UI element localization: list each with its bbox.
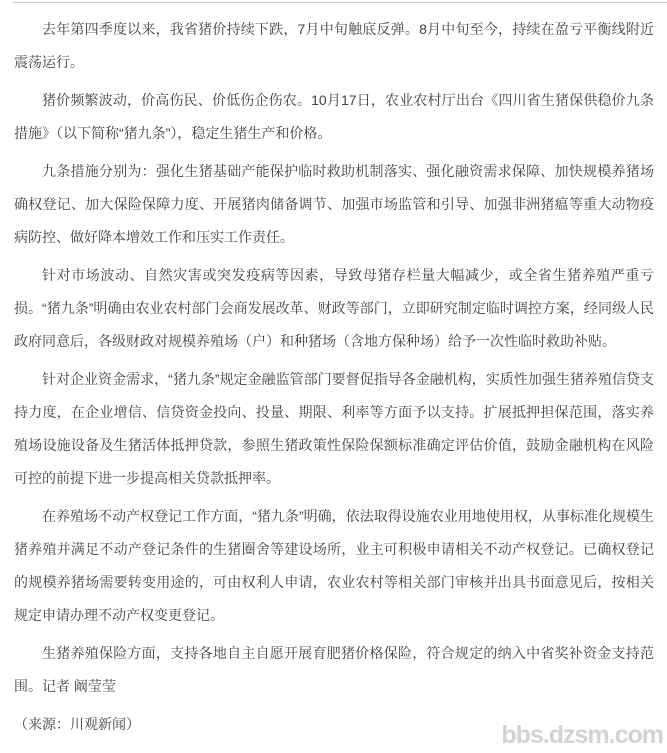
article-page: 去年第四季度以来，我省猪价持续下跌，7月中旬触底反弹。8月中旬至今，持续在盈亏平…: [0, 0, 667, 753]
paragraph-nine-measures: 九条措施分别为：强化生猪基础产能保护临时救助机制落实、强化融资需求保障、加快规模…: [14, 155, 654, 254]
paragraph-property-registration: 在养殖场不动产权登记工作方面，“猪九条”明确，依法取得设施农业用地使用权，从事标…: [14, 500, 654, 632]
article-body: 去年第四季度以来，我省猪价持续下跌，7月中旬触底反弹。8月中旬至今，持续在盈亏平…: [0, 3, 667, 741]
site-watermark: bbs.dzsm.com: [501, 721, 663, 750]
paragraph-emergency-subsidy: 针对市场波动、自然灾害或突发疫病等因素，导致母猪存栏量大幅减少，或全省生猪养殖严…: [14, 259, 654, 358]
paragraph-insurance-and-reporter: 生猪养殖保险方面，支持各地自主自愿开展育肥猪价格保险，符合规定的纳入中省奖补资金…: [14, 637, 654, 703]
paragraph-financing-support: 针对企业资金需求，“猪九条”规定金融监管部门要督促指导各金融机构，实质性加强生猪…: [14, 363, 654, 495]
paragraph-intro: 去年第四季度以来，我省猪价持续下跌，7月中旬触底反弹。8月中旬至今，持续在盈亏平…: [14, 13, 654, 79]
paragraph-policy-release: 猪价频繁波动，价高伤民、价低伤企伤农。10月17日，农业农村厅出台《四川省生猪保…: [14, 84, 654, 150]
